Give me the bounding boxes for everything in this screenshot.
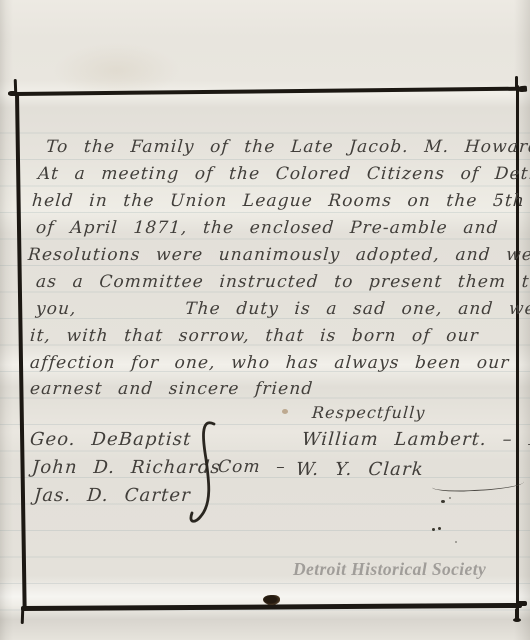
handwritten-line-2: At a meeting of the Colored Citizens of … <box>37 166 530 183</box>
paper-spot <box>282 409 288 414</box>
border-corner-tick <box>513 618 521 622</box>
archive-watermark: Detroit Historical Society <box>293 559 486 580</box>
handwritten-line-9: affection for one, who has always been o… <box>29 355 510 372</box>
ink-dot <box>455 541 457 543</box>
ink-dot <box>432 528 435 531</box>
committee-brace-icon <box>188 419 220 531</box>
ink-dot <box>441 500 445 503</box>
handwritten-line-6: as a Committee instructed to present the… <box>35 274 530 291</box>
border-corner-tick <box>8 91 17 96</box>
ink-blot <box>263 595 280 605</box>
handwritten-line-8: it, with that sorrow, that is born of ou… <box>29 328 479 345</box>
ink-dot <box>449 497 451 499</box>
handwritten-line-7: you, The duty is a sad one, and we perfo… <box>35 301 530 318</box>
signature-president: William Lambert. – Prest <box>301 431 530 449</box>
handwritten-line-1: To the Family of the Late Jacob. M. Howa… <box>45 139 530 156</box>
committee-member-signature: Jas. D. Carter <box>33 487 191 505</box>
committee-member-signature: Geo. DeBaptist <box>29 431 192 449</box>
border-corner-tick <box>517 86 527 93</box>
handwritten-line-4: of April 1871, the enclosed Pre-amble an… <box>35 220 499 237</box>
ink-dot <box>438 527 441 530</box>
handwritten-line-3: held in the Union League Rooms on the 5t… <box>31 193 525 210</box>
scanned-letter-page: To the Family of the Late Jacob. M. Howa… <box>0 0 530 640</box>
border-corner-tick <box>21 608 25 624</box>
committee-label: Com – <box>217 459 286 476</box>
closing-respectfully: Respectfully <box>311 405 426 421</box>
signature-secretary: W. Y. Clark Secty <box>295 461 530 479</box>
border-corner-tick <box>517 601 527 606</box>
handwritten-line-10: earnest and sincere friend <box>29 381 313 398</box>
border-corner-tick <box>515 76 518 88</box>
handwritten-line-5: Resolutions were unanimously adopted, an… <box>27 247 530 264</box>
